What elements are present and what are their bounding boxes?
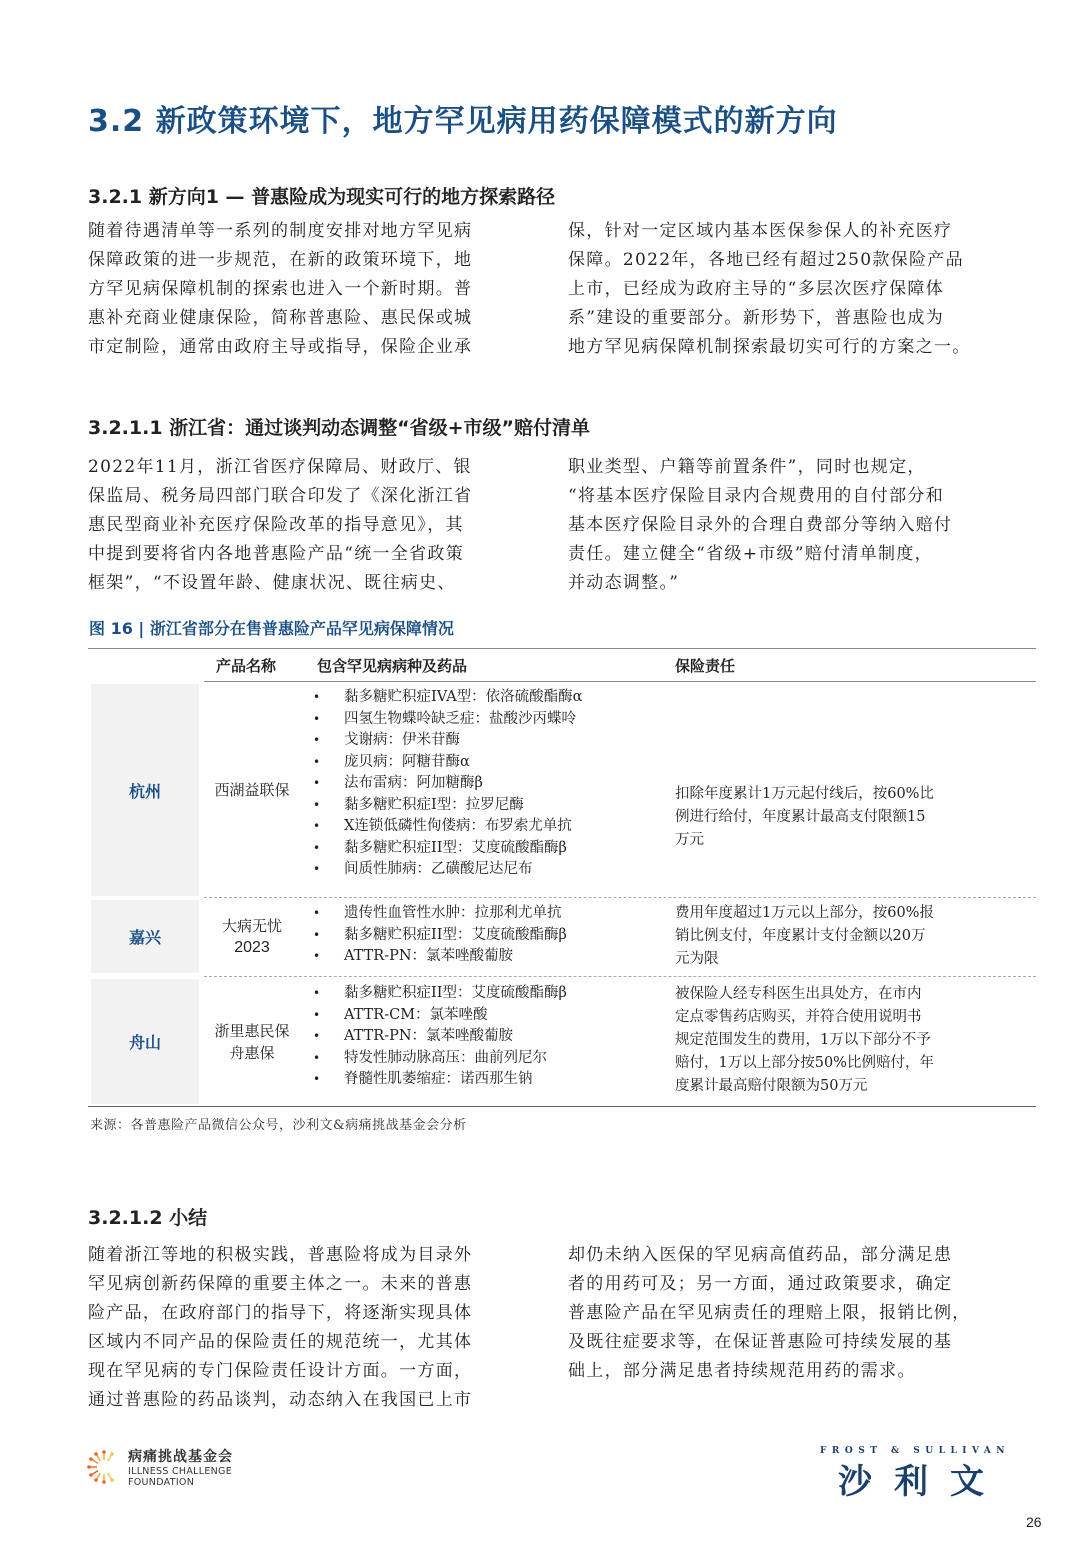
city-cell-hangzhou: 杭州 — [91, 684, 199, 896]
product-name: 西湖益联保 — [214, 779, 289, 801]
drug-item: ATTR-PN：氯苯唑酸葡胺 — [310, 1026, 567, 1048]
responsibility-cell: 费用年度超过1万元以上部分，按60%报 销比例支付，年度累计支付金额以20万 元… — [675, 902, 995, 971]
subsection-title-3-2-1-2: 3.2.1.2 小结 — [88, 1203, 207, 1230]
text-line: 上市，已经成为政府主导的“多层次医疗保障体 — [568, 275, 1008, 304]
text-line: 基本医疗保险目录外的合理自费部分等纳入赔付 — [568, 511, 1008, 540]
foundation-name-cn: 病痛挑战基金会 — [128, 1446, 233, 1466]
drug-item: 法布雷病：阿加糖酶β — [310, 773, 582, 795]
row-divider — [204, 976, 1036, 977]
paragraph-3-2-1-1-right: 职业类型、户籍等前置条件”，同时也规定， “将基本医疗保险目录内合规费用的自付部… — [568, 453, 1008, 598]
paragraph-3-2-1-right: 保，针对一定区域内基本医保参保人的补充医疗 保障。2022年，各地已经有超过25… — [568, 217, 1008, 362]
text-line: 险产品，在政府部门的指导下，将逐渐实现具体 — [88, 1299, 528, 1328]
drug-item: 间质性肺病：乙磺酸尼达尼布 — [310, 859, 582, 881]
section-title: 3.2 新政策环境下，地方罕见病用药保障模式的新方向 — [88, 96, 838, 140]
text-line: 惠补充商业健康保险，简称普惠险、惠民保或城 — [88, 304, 528, 333]
product-name: 浙里惠民保 — [214, 1020, 289, 1042]
text-line: 惠民型商业补充医疗保险改革的指导意见》，其 — [88, 511, 528, 540]
figure-source: 来源：各普惠险产品微信公众号，沙利文&病痛挑战基金会分析 — [90, 1114, 467, 1133]
text-line: 并动态调整。” — [568, 569, 1008, 598]
subsection-title-3-2-1: 3.2.1 新方向1 — 普惠险成为现实可行的地方探索路径 — [88, 182, 555, 209]
text-line: 方罕见病保障机制的探索也进入一个新时期。普 — [88, 275, 528, 304]
text-line: 被保险人经专科医生出具处方，在市内 — [675, 983, 995, 1006]
drug-item: 四氢生物蝶呤缺乏症：盐酸沙丙蝶呤 — [310, 709, 582, 731]
illness-challenge-foundation-logo: 病痛挑战基金会 ILLNESS CHALLENGE FOUNDATION — [86, 1446, 233, 1488]
text-line: 通过普惠险的药品谈判，动态纳入在我国已上市 — [88, 1386, 528, 1415]
frost-sullivan-logo: FROST & SULLIVAN 沙利文 — [820, 1446, 1010, 1503]
product-name: 2023 — [234, 937, 270, 959]
text-line: 度累计最高赔付限额为50万元 — [675, 1075, 995, 1098]
drug-item: 戈谢病：伊米苷酶 — [310, 730, 582, 752]
drug-item: 特发性肺动脉高压：曲前列尼尔 — [310, 1048, 567, 1070]
header-responsibility: 保险责任 — [675, 655, 735, 676]
drug-item: ATTR-PN：氯苯唑酸葡胺 — [310, 946, 567, 968]
text-line: “将基本医疗保险目录内合规费用的自付部分和 — [568, 482, 1008, 511]
text-line: 市定制险，通常由政府主导或指导，保险企业承 — [88, 333, 528, 362]
drug-list: 黏多糖贮积症II型：艾度硫酸酯酶β ATTR-CM：氯苯唑酸 ATTR-PN：氯… — [310, 983, 567, 1091]
drug-item: ATTR-CM：氯苯唑酸 — [310, 1005, 567, 1027]
text-line: 普惠险产品在罕见病责任的理赔上限，报销比例， — [568, 1299, 1008, 1328]
header-bottom-rule — [204, 681, 1036, 682]
figure-title: 图 16 | 浙江省部分在售普惠险产品罕见病保障情况 — [89, 616, 454, 639]
text-line: 地方罕见病保障机制探索最切实可行的方案之一。 — [568, 333, 1008, 362]
page-number: 26 — [1026, 1514, 1042, 1530]
responsibility-cell: 扣除年度累计1万元起付线后，按60%比 例进行给付，年度累计最高支付限额15 万… — [675, 783, 995, 852]
text-line: 础上，部分满足患者持续规范用药的需求。 — [568, 1357, 1008, 1386]
row-divider — [204, 897, 1036, 898]
drug-item: 黏多糖贮积症IVA型：依洛硫酸酯酶α — [310, 687, 582, 709]
text-line: 扣除年度累计1万元起付线后，按60%比 — [675, 783, 995, 806]
text-line: 罕见病创新药保障的重要主体之一。未来的普惠 — [88, 1270, 528, 1299]
drug-item: 黏多糖贮积症II型：艾度硫酸酯酶β — [310, 983, 567, 1005]
text-line: 保障。2022年，各地已经有超过250款保险产品 — [568, 246, 1008, 275]
text-line: 系”建设的重要部分。新形势下，普惠险也成为 — [568, 304, 1008, 333]
text-line: 现在罕见病的专门保险责任设计方面。一方面， — [88, 1357, 528, 1386]
text-line: 保监局、税务局四部门联合印发了《深化浙江省 — [88, 482, 528, 511]
drug-item: 黏多糖贮积症II型：艾度硫酸酯酶β — [310, 925, 567, 947]
text-line: 框架”，“不设置年龄、健康状况、既往病史、 — [88, 569, 528, 598]
text-line: 随着待遇清单等一系列的制度安排对地方罕见病 — [88, 217, 528, 246]
text-line: 责任。建立健全“省级+市级”赔付清单制度， — [568, 540, 1008, 569]
foundation-name: 病痛挑战基金会 ILLNESS CHALLENGE FOUNDATION — [128, 1446, 233, 1488]
paragraph-3-2-1-2-right: 却仍未纳入医保的罕见病高值药品，部分满足患 者的用药可及；另一方面，通过政策要求… — [568, 1241, 1008, 1386]
paragraph-3-2-1-2-left: 随着浙江等地的积极实践，普惠险将成为目录外 罕见病创新药保障的重要主体之一。未来… — [88, 1241, 528, 1415]
drug-item: 脊髓性肌萎缩症：诺西那生钠 — [310, 1069, 567, 1091]
subsection-title-3-2-1-1: 3.2.1.1 浙江省：通过谈判动态调整“省级+市级”赔付清单 — [88, 413, 590, 440]
text-line: 职业类型、户籍等前置条件”，同时也规定， — [568, 453, 1008, 482]
text-line: 规定范围发生的费用，1万以下部分不予 — [675, 1029, 995, 1052]
text-line: 费用年度超过1万元以上部分，按60%报 — [675, 902, 995, 925]
table-bottom-rule — [88, 1106, 1036, 1107]
text-line: 2022年11月，浙江省医疗保障局、财政厅、银 — [88, 453, 528, 482]
foundation-name-en-1: ILLNESS CHALLENGE — [128, 1466, 233, 1477]
text-line: 保障政策的进一步规范，在新的政策环境下，地 — [88, 246, 528, 275]
drug-item: 庞贝病：阿糖苷酶α — [310, 752, 582, 774]
responsibility-cell: 被保险人经专科医生出具处方，在市内 定点零售药店购买，并符合使用说明书 规定范围… — [675, 983, 995, 1098]
text-line: 万元 — [675, 829, 995, 852]
city-cell-jiaxing: 嘉兴 — [91, 900, 199, 973]
drug-item: 黏多糖贮积症II型：艾度硫酸酯酶β — [310, 838, 582, 860]
paragraph-3-2-1-left: 随着待遇清单等一系列的制度安排对地方罕见病 保障政策的进一步规范，在新的政策环境… — [88, 217, 528, 362]
text-line: 定点零售药店购买，并符合使用说明书 — [675, 1006, 995, 1029]
text-line: 赔付，1万以上部分按50%比例赔付，年 — [675, 1052, 995, 1075]
drug-item: 遗传性血管性水肿：拉那利尤单抗 — [310, 903, 567, 925]
city-cell-zhoushan: 舟山 — [91, 979, 199, 1104]
foundation-emblem-icon — [86, 1449, 122, 1485]
drug-item: X连锁低磷性佝偻病：布罗索尤单抗 — [310, 816, 582, 838]
product-cell: 西湖益联保 — [204, 684, 300, 896]
product-cell: 大病无忧 2023 — [204, 900, 300, 973]
frost-sullivan-cn: 沙利文 — [820, 1454, 1010, 1503]
text-line: 及既往症要求等，在保证普惠险可持续发展的基 — [568, 1328, 1008, 1357]
text-line: 随着浙江等地的积极实践，普惠险将成为目录外 — [88, 1241, 528, 1270]
text-line: 中提到要将省内各地普惠险产品“统一全省政策 — [88, 540, 528, 569]
foundation-name-en-2: FOUNDATION — [128, 1477, 233, 1488]
text-line: 销比例支付，年度累计支付金额以20万 — [675, 925, 995, 948]
text-line: 却仍未纳入医保的罕见病高值药品，部分满足患 — [568, 1241, 1008, 1270]
text-line: 区域内不同产品的保险责任的规范统一，尤其体 — [88, 1328, 528, 1357]
text-line: 例进行给付，年度累计最高支付限额15 — [675, 806, 995, 829]
drug-item: 黏多糖贮积症I型：拉罗尼酶 — [310, 795, 582, 817]
text-line: 者的用药可及；另一方面，通过政策要求，确定 — [568, 1270, 1008, 1299]
product-name: 大病无忧 — [222, 915, 282, 937]
paragraph-3-2-1-1-left: 2022年11月，浙江省医疗保障局、财政厅、银 保监局、税务局四部门联合印发了《… — [88, 453, 528, 598]
text-line: 元为限 — [675, 948, 995, 971]
drug-list: 遗传性血管性水肿：拉那利尤单抗 黏多糖贮积症II型：艾度硫酸酯酶β ATTR-P… — [310, 903, 567, 968]
table-top-rule — [88, 648, 1036, 649]
header-product: 产品名称 — [216, 655, 276, 676]
drug-list: 黏多糖贮积症IVA型：依洛硫酸酯酶α 四氢生物蝶呤缺乏症：盐酸沙丙蝶呤 戈谢病：… — [310, 687, 582, 881]
header-drugs: 包含罕见病病种及药品 — [317, 655, 467, 676]
text-line: 保，针对一定区域内基本医保参保人的补充医疗 — [568, 217, 1008, 246]
product-name: 舟惠保 — [229, 1042, 274, 1064]
product-cell: 浙里惠民保 舟惠保 — [204, 979, 300, 1104]
